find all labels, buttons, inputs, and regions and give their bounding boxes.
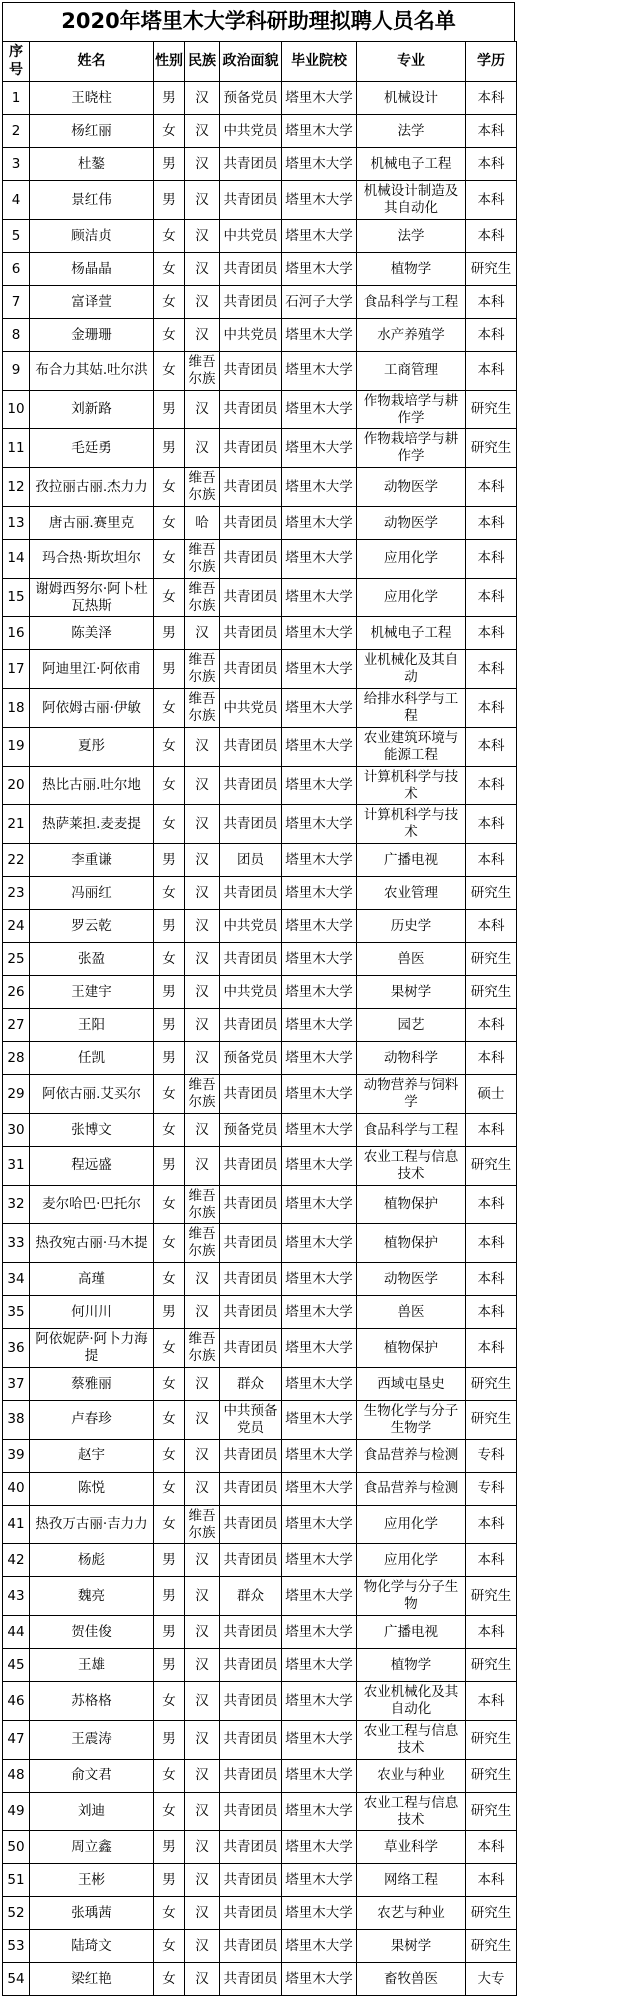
- table-row: 5顾洁贞女汉中共党员塔里木大学法学本科: [3, 219, 517, 252]
- cell-index: 48: [3, 1759, 30, 1792]
- cell-gender: 女: [154, 468, 185, 507]
- cell-ethnicity: 汉: [185, 1682, 220, 1721]
- cell-index: 45: [3, 1649, 30, 1682]
- cell-name: 陈美泽: [30, 617, 154, 650]
- cell-degree: 研究生: [466, 252, 517, 285]
- cell-name: 热孜万古丽·吉力力: [30, 1505, 154, 1544]
- cell-major: 广播电视: [357, 1616, 466, 1649]
- cell-degree: 本科: [466, 506, 517, 539]
- cell-degree: 本科: [466, 650, 517, 689]
- cell-gender: 男: [154, 650, 185, 689]
- cell-index: 12: [3, 468, 30, 507]
- cell-ethnicity: 维吾尔族: [185, 689, 220, 728]
- cell-gender: 女: [154, 506, 185, 539]
- cell-school: 塔里木大学: [282, 1400, 357, 1439]
- cell-gender: 女: [154, 1472, 185, 1505]
- cell-degree: 研究生: [466, 943, 517, 976]
- header-school: 毕业院校: [282, 42, 357, 82]
- table-row: 9布合力其姑.吐尔洪女维吾尔族共青团员塔里木大学工商管理本科: [3, 351, 517, 390]
- cell-name: 阿依妮萨·阿卜力海提: [30, 1329, 154, 1368]
- cell-political-status: 共青团员: [220, 1505, 282, 1544]
- page-title: 2020年塔里木大学科研助理拟聘人员名单: [5, 9, 512, 34]
- cell-ethnicity: 汉: [185, 115, 220, 148]
- cell-major: 畜牧兽医: [357, 1963, 466, 1996]
- cell-school: 塔里木大学: [282, 1296, 357, 1329]
- cell-index: 34: [3, 1263, 30, 1296]
- cell-political-status: 共青团员: [220, 1009, 282, 1042]
- cell-name: 杜鏊: [30, 148, 154, 181]
- cell-index: 42: [3, 1544, 30, 1577]
- table-row: 10刘新路男汉共青团员塔里木大学作物栽培学与耕作学研究生: [3, 390, 517, 429]
- cell-gender: 男: [154, 390, 185, 429]
- cell-political-status: 共青团员: [220, 727, 282, 766]
- cell-ethnicity: 汉: [185, 1113, 220, 1146]
- cell-school: 塔里木大学: [282, 1759, 357, 1792]
- cell-school: 塔里木大学: [282, 617, 357, 650]
- cell-name: 谢姆西努尔·阿卜杜瓦热斯: [30, 578, 154, 617]
- cell-school: 塔里木大学: [282, 766, 357, 805]
- table-row: 30张博文女汉预备党员塔里木大学食品科学与工程本科: [3, 1113, 517, 1146]
- cell-degree: 研究生: [466, 1759, 517, 1792]
- cell-index: 31: [3, 1146, 30, 1185]
- cell-political-status: 共青团员: [220, 1263, 282, 1296]
- table-row: 45王雄男汉共青团员塔里木大学植物学研究生: [3, 1649, 517, 1682]
- cell-political-status: 共青团员: [220, 1472, 282, 1505]
- cell-gender: 男: [154, 1649, 185, 1682]
- cell-gender: 女: [154, 1439, 185, 1472]
- cell-name: 俞文君: [30, 1759, 154, 1792]
- cell-school: 塔里木大学: [282, 1367, 357, 1400]
- cell-major: 果树学: [357, 1930, 466, 1963]
- cell-ethnicity: 维吾尔族: [185, 1224, 220, 1263]
- cell-major: 动物营养与饲料学: [357, 1075, 466, 1114]
- cell-index: 11: [3, 429, 30, 468]
- cell-major: 植物学: [357, 1649, 466, 1682]
- cell-school: 塔里木大学: [282, 1042, 357, 1075]
- cell-school: 塔里木大学: [282, 318, 357, 351]
- cell-school: 塔里木大学: [282, 650, 357, 689]
- cell-gender: 女: [154, 1224, 185, 1263]
- table-row: 23冯丽红女汉共青团员塔里木大学农业管理研究生: [3, 877, 517, 910]
- cell-gender: 女: [154, 766, 185, 805]
- cell-degree: 本科: [466, 181, 517, 220]
- cell-ethnicity: 维吾尔族: [185, 539, 220, 578]
- cell-major: 食品营养与检测: [357, 1472, 466, 1505]
- cell-index: 37: [3, 1367, 30, 1400]
- table-row: 28任凯男汉预备党员塔里木大学动物科学本科: [3, 1042, 517, 1075]
- table-row: 44贺佳俊男汉共青团员塔里木大学广播电视本科: [3, 1616, 517, 1649]
- cell-school: 塔里木大学: [282, 1224, 357, 1263]
- cell-name: 贺佳俊: [30, 1616, 154, 1649]
- cell-major: 生物化学与分子生物学: [357, 1400, 466, 1439]
- cell-school: 塔里木大学: [282, 1075, 357, 1114]
- cell-political-status: 预备党员: [220, 1042, 282, 1075]
- table-row: 38卢春珍女汉中共预备党员塔里木大学生物化学与分子生物学研究生: [3, 1400, 517, 1439]
- cell-political-status: 共青团员: [220, 617, 282, 650]
- cell-major: 网络工程: [357, 1864, 466, 1897]
- cell-political-status: 预备党员: [220, 1113, 282, 1146]
- cell-major: 计算机科学与技术: [357, 766, 466, 805]
- cell-ethnicity: 汉: [185, 1544, 220, 1577]
- cell-major: 动物医学: [357, 468, 466, 507]
- cell-degree: 本科: [466, 617, 517, 650]
- cell-name: 张博文: [30, 1113, 154, 1146]
- cell-ethnicity: 汉: [185, 1042, 220, 1075]
- cell-gender: 男: [154, 1009, 185, 1042]
- cell-degree: 本科: [466, 689, 517, 728]
- table-row: 26王建宇男汉中共党员塔里木大学果树学研究生: [3, 976, 517, 1009]
- cell-school: 塔里木大学: [282, 429, 357, 468]
- cell-name: 孜拉丽古丽.杰力力: [30, 468, 154, 507]
- cell-major: 给排水科学与工程: [357, 689, 466, 728]
- cell-political-status: 团员: [220, 844, 282, 877]
- cell-name: 高瑾: [30, 1263, 154, 1296]
- cell-political-status: 群众: [220, 1367, 282, 1400]
- cell-gender: 女: [154, 351, 185, 390]
- cell-school: 塔里木大学: [282, 1963, 357, 1996]
- cell-index: 51: [3, 1864, 30, 1897]
- header-gender: 性别: [154, 42, 185, 82]
- cell-name: 王震涛: [30, 1720, 154, 1759]
- table-row: 39赵宇女汉共青团员塔里木大学食品营养与检测专科: [3, 1439, 517, 1472]
- cell-political-status: 共青团员: [220, 1930, 282, 1963]
- cell-index: 1: [3, 82, 30, 115]
- cell-school: 塔里木大学: [282, 1897, 357, 1930]
- cell-ethnicity: 汉: [185, 910, 220, 943]
- cell-school: 塔里木大学: [282, 1329, 357, 1368]
- table-row: 2杨红丽女汉中共党员塔里木大学法学本科: [3, 115, 517, 148]
- cell-name: 赵宇: [30, 1439, 154, 1472]
- cell-gender: 女: [154, 1897, 185, 1930]
- cell-school: 塔里木大学: [282, 689, 357, 728]
- cell-gender: 男: [154, 976, 185, 1009]
- cell-name: 热比古丽.吐尔地: [30, 766, 154, 805]
- table-row: 50周立鑫男汉共青团员塔里木大学草业科学本科: [3, 1831, 517, 1864]
- document-page: 2020年塔里木大学科研助理拟聘人员名单 序号姓名性别民族政治面貌毕业院校专业学…: [0, 2, 635, 1996]
- cell-political-status: 中共党员: [220, 318, 282, 351]
- cell-index: 47: [3, 1720, 30, 1759]
- cell-name: 李重谦: [30, 844, 154, 877]
- cell-index: 24: [3, 910, 30, 943]
- cell-ethnicity: 汉: [185, 1649, 220, 1682]
- cell-name: 陈悦: [30, 1472, 154, 1505]
- cell-degree: 本科: [466, 115, 517, 148]
- cell-name: 玛合热·斯坎坦尔: [30, 539, 154, 578]
- table-row: 3杜鏊男汉共青团员塔里木大学机械电子工程本科: [3, 148, 517, 181]
- cell-degree: 专科: [466, 1472, 517, 1505]
- table-row: 19夏彤女汉共青团员塔里木大学农业建筑环境与能源工程本科: [3, 727, 517, 766]
- cell-name: 张盈: [30, 943, 154, 976]
- header-row: 序号姓名性别民族政治面貌毕业院校专业学历: [3, 42, 517, 82]
- cell-school: 塔里木大学: [282, 844, 357, 877]
- cell-ethnicity: 汉: [185, 1930, 220, 1963]
- cell-index: 30: [3, 1113, 30, 1146]
- table-row: 4景红伟男汉共青团员塔里木大学机械设计制造及其自动化本科: [3, 181, 517, 220]
- cell-major: 植物保护: [357, 1224, 466, 1263]
- cell-major: 应用化学: [357, 539, 466, 578]
- cell-school: 塔里木大学: [282, 390, 357, 429]
- cell-name: 杨晶晶: [30, 252, 154, 285]
- cell-degree: 研究生: [466, 390, 517, 429]
- cell-gender: 女: [154, 1792, 185, 1831]
- cell-political-status: 共青团员: [220, 650, 282, 689]
- cell-name: 王阳: [30, 1009, 154, 1042]
- cell-political-status: 共青团员: [220, 1963, 282, 1996]
- cell-name: 金珊珊: [30, 318, 154, 351]
- cell-school: 塔里木大学: [282, 351, 357, 390]
- table-row: 6杨晶晶女汉共青团员塔里木大学植物学研究生: [3, 252, 517, 285]
- cell-gender: 女: [154, 1185, 185, 1224]
- cell-gender: 女: [154, 1930, 185, 1963]
- cell-school: 塔里木大学: [282, 1113, 357, 1146]
- cell-index: 16: [3, 617, 30, 650]
- cell-index: 2: [3, 115, 30, 148]
- cell-name: 冯丽红: [30, 877, 154, 910]
- cell-school: 塔里木大学: [282, 148, 357, 181]
- cell-political-status: 共青团员: [220, 877, 282, 910]
- cell-ethnicity: 维吾尔族: [185, 578, 220, 617]
- cell-degree: 研究生: [466, 877, 517, 910]
- cell-major: 机械电子工程: [357, 148, 466, 181]
- cell-ethnicity: 汉: [185, 1296, 220, 1329]
- cell-political-status: 预备党员: [220, 82, 282, 115]
- cell-index: 43: [3, 1577, 30, 1616]
- cell-ethnicity: 汉: [185, 318, 220, 351]
- cell-ethnicity: 汉: [185, 1146, 220, 1185]
- table-row: 13唐古丽.赛里克女哈共青团员塔里木大学动物医学本科: [3, 506, 517, 539]
- cell-ethnicity: 汉: [185, 1472, 220, 1505]
- cell-gender: 女: [154, 578, 185, 617]
- cell-index: 46: [3, 1682, 30, 1721]
- table-row: 7富译萱女汉共青团员石河子大学食品科学与工程本科: [3, 285, 517, 318]
- cell-degree: 专科: [466, 1439, 517, 1472]
- cell-major: 草业科学: [357, 1831, 466, 1864]
- cell-ethnicity: 汉: [185, 181, 220, 220]
- cell-major: 机械设计制造及其自动化: [357, 181, 466, 220]
- cell-major: 应用化学: [357, 1505, 466, 1544]
- cell-school: 塔里木大学: [282, 1505, 357, 1544]
- header-degree: 学历: [466, 42, 517, 82]
- table-row: 14玛合热·斯坎坦尔女维吾尔族共青团员塔里木大学应用化学本科: [3, 539, 517, 578]
- cell-ethnicity: 汉: [185, 1759, 220, 1792]
- cell-major: 农业机械化及其自动化: [357, 1682, 466, 1721]
- cell-index: 13: [3, 506, 30, 539]
- cell-name: 梁红艳: [30, 1963, 154, 1996]
- cell-major: 农业管理: [357, 877, 466, 910]
- cell-degree: 研究生: [466, 1367, 517, 1400]
- cell-degree: 研究生: [466, 1577, 517, 1616]
- roster-document: 2020年塔里木大学科研助理拟聘人员名单 序号姓名性别民族政治面貌毕业院校专业学…: [2, 2, 517, 1996]
- cell-degree: 硕士: [466, 1075, 517, 1114]
- cell-school: 塔里木大学: [282, 252, 357, 285]
- cell-political-status: 共青团员: [220, 766, 282, 805]
- table-row: 47王震涛男汉共青团员塔里木大学农业工程与信息技术研究生: [3, 1720, 517, 1759]
- cell-degree: 本科: [466, 318, 517, 351]
- cell-degree: 本科: [466, 805, 517, 844]
- cell-index: 9: [3, 351, 30, 390]
- cell-name: 麦尔哈巴·巴托尔: [30, 1185, 154, 1224]
- cell-major: 食品科学与工程: [357, 285, 466, 318]
- cell-political-status: 共青团员: [220, 1329, 282, 1368]
- cell-school: 塔里木大学: [282, 82, 357, 115]
- cell-index: 6: [3, 252, 30, 285]
- cell-major: 机械电子工程: [357, 617, 466, 650]
- cell-major: 工商管理: [357, 351, 466, 390]
- cell-name: 王晓柱: [30, 82, 154, 115]
- cell-ethnicity: 汉: [185, 1400, 220, 1439]
- cell-political-status: 共青团员: [220, 390, 282, 429]
- table-row: 37蔡雅丽女汉群众塔里木大学西域屯垦史研究生: [3, 1367, 517, 1400]
- cell-index: 27: [3, 1009, 30, 1042]
- cell-school: 塔里木大学: [282, 1185, 357, 1224]
- cell-degree: 本科: [466, 1296, 517, 1329]
- cell-political-status: 中共预备党员: [220, 1400, 282, 1439]
- cell-political-status: 共青团员: [220, 1682, 282, 1721]
- cell-school: 塔里木大学: [282, 1544, 357, 1577]
- cell-ethnicity: 汉: [185, 1792, 220, 1831]
- cell-name: 何川川: [30, 1296, 154, 1329]
- cell-school: 塔里木大学: [282, 910, 357, 943]
- cell-degree: 本科: [466, 727, 517, 766]
- cell-school: 塔里木大学: [282, 1439, 357, 1472]
- cell-ethnicity: 汉: [185, 1616, 220, 1649]
- cell-gender: 女: [154, 877, 185, 910]
- cell-gender: 男: [154, 1831, 185, 1864]
- cell-index: 7: [3, 285, 30, 318]
- cell-political-status: 共青团员: [220, 506, 282, 539]
- cell-political-status: 共青团员: [220, 285, 282, 318]
- cell-gender: 男: [154, 1296, 185, 1329]
- cell-school: 塔里木大学: [282, 578, 357, 617]
- cell-gender: 男: [154, 1042, 185, 1075]
- cell-ethnicity: 哈: [185, 506, 220, 539]
- cell-political-status: 共青团员: [220, 1792, 282, 1831]
- cell-name: 唐古丽.赛里克: [30, 506, 154, 539]
- cell-gender: 男: [154, 617, 185, 650]
- cell-political-status: 共青团员: [220, 252, 282, 285]
- table-row: 46苏格格女汉共青团员塔里木大学农业机械化及其自动化本科: [3, 1682, 517, 1721]
- cell-degree: 研究生: [466, 1930, 517, 1963]
- cell-degree: 本科: [466, 1831, 517, 1864]
- cell-degree: 本科: [466, 539, 517, 578]
- cell-name: 景红伟: [30, 181, 154, 220]
- cell-gender: 女: [154, 318, 185, 351]
- cell-ethnicity: 汉: [185, 252, 220, 285]
- cell-degree: 本科: [466, 285, 517, 318]
- table-row: 43魏亮男汉群众塔里木大学物化学与分子生物研究生: [3, 1577, 517, 1616]
- cell-political-status: 中共党员: [220, 219, 282, 252]
- cell-ethnicity: 汉: [185, 390, 220, 429]
- cell-school: 塔里木大学: [282, 219, 357, 252]
- cell-name: 周立鑫: [30, 1831, 154, 1864]
- cell-index: 36: [3, 1329, 30, 1368]
- table-row: 31程远盛男汉共青团员塔里木大学农业工程与信息技术研究生: [3, 1146, 517, 1185]
- cell-school: 塔里木大学: [282, 1577, 357, 1616]
- cell-gender: 女: [154, 1682, 185, 1721]
- cell-index: 5: [3, 219, 30, 252]
- table-row: 17阿迪里江·阿依甫男维吾尔族共青团员塔里木大学业机械化及其自动本科: [3, 650, 517, 689]
- cell-gender: 女: [154, 539, 185, 578]
- cell-gender: 男: [154, 910, 185, 943]
- cell-index: 29: [3, 1075, 30, 1114]
- cell-gender: 男: [154, 1616, 185, 1649]
- cell-name: 张瑀茜: [30, 1897, 154, 1930]
- cell-school: 塔里木大学: [282, 539, 357, 578]
- cell-political-status: 共青团员: [220, 468, 282, 507]
- cell-major: 兽医: [357, 1296, 466, 1329]
- header-index: 序号: [3, 42, 30, 82]
- cell-gender: 女: [154, 1367, 185, 1400]
- cell-major: 物化学与分子生物: [357, 1577, 466, 1616]
- cell-index: 49: [3, 1792, 30, 1831]
- table-row: 48俞文君女汉共青团员塔里木大学农业与种业研究生: [3, 1759, 517, 1792]
- header-political-status: 政治面貌: [220, 42, 282, 82]
- cell-degree: 本科: [466, 578, 517, 617]
- cell-ethnicity: 汉: [185, 844, 220, 877]
- cell-ethnicity: 汉: [185, 1831, 220, 1864]
- cell-ethnicity: 汉: [185, 1367, 220, 1400]
- cell-major: 兽医: [357, 943, 466, 976]
- cell-degree: 本科: [466, 468, 517, 507]
- cell-major: 食品科学与工程: [357, 1113, 466, 1146]
- cell-index: 4: [3, 181, 30, 220]
- cell-major: 历史学: [357, 910, 466, 943]
- cell-gender: 女: [154, 115, 185, 148]
- cell-major: 动物科学: [357, 1042, 466, 1075]
- cell-name: 热萨莱担.麦麦提: [30, 805, 154, 844]
- cell-political-status: 共青团员: [220, 1616, 282, 1649]
- table-row: 32麦尔哈巴·巴托尔女维吾尔族共青团员塔里木大学植物保护本科: [3, 1185, 517, 1224]
- cell-school: 塔里木大学: [282, 1616, 357, 1649]
- cell-ethnicity: 维吾尔族: [185, 1075, 220, 1114]
- cell-political-status: 共青团员: [220, 351, 282, 390]
- cell-major: 农艺与种业: [357, 1897, 466, 1930]
- cell-major: 农业工程与信息技术: [357, 1720, 466, 1759]
- cell-major: 农业建筑环境与能源工程: [357, 727, 466, 766]
- cell-index: 53: [3, 1930, 30, 1963]
- cell-name: 杨红丽: [30, 115, 154, 148]
- table-row: 25张盈女汉共青团员塔里木大学兽医研究生: [3, 943, 517, 976]
- cell-political-status: 中共党员: [220, 115, 282, 148]
- cell-degree: 研究生: [466, 1897, 517, 1930]
- cell-political-status: 共青团员: [220, 1544, 282, 1577]
- cell-gender: 女: [154, 219, 185, 252]
- cell-political-status: 共青团员: [220, 1296, 282, 1329]
- cell-major: 广播电视: [357, 844, 466, 877]
- table-row: 20热比古丽.吐尔地女汉共青团员塔里木大学计算机科学与技术本科: [3, 766, 517, 805]
- cell-degree: 本科: [466, 1185, 517, 1224]
- cell-political-status: 共青团员: [220, 429, 282, 468]
- cell-degree: 研究生: [466, 1400, 517, 1439]
- cell-ethnicity: 汉: [185, 617, 220, 650]
- cell-degree: 本科: [466, 82, 517, 115]
- cell-name: 程远盛: [30, 1146, 154, 1185]
- cell-political-status: 共青团员: [220, 1146, 282, 1185]
- cell-political-status: 共青团员: [220, 1831, 282, 1864]
- cell-school: 塔里木大学: [282, 1263, 357, 1296]
- cell-degree: 研究生: [466, 429, 517, 468]
- cell-major: 果树学: [357, 976, 466, 1009]
- table-row: 42杨彪男汉共青团员塔里木大学应用化学本科: [3, 1544, 517, 1577]
- cell-gender: 男: [154, 429, 185, 468]
- cell-index: 50: [3, 1831, 30, 1864]
- cell-major: 植物学: [357, 252, 466, 285]
- cell-degree: 本科: [466, 1263, 517, 1296]
- cell-degree: 研究生: [466, 1720, 517, 1759]
- cell-degree: 本科: [466, 219, 517, 252]
- cell-gender: 男: [154, 82, 185, 115]
- cell-index: 10: [3, 390, 30, 429]
